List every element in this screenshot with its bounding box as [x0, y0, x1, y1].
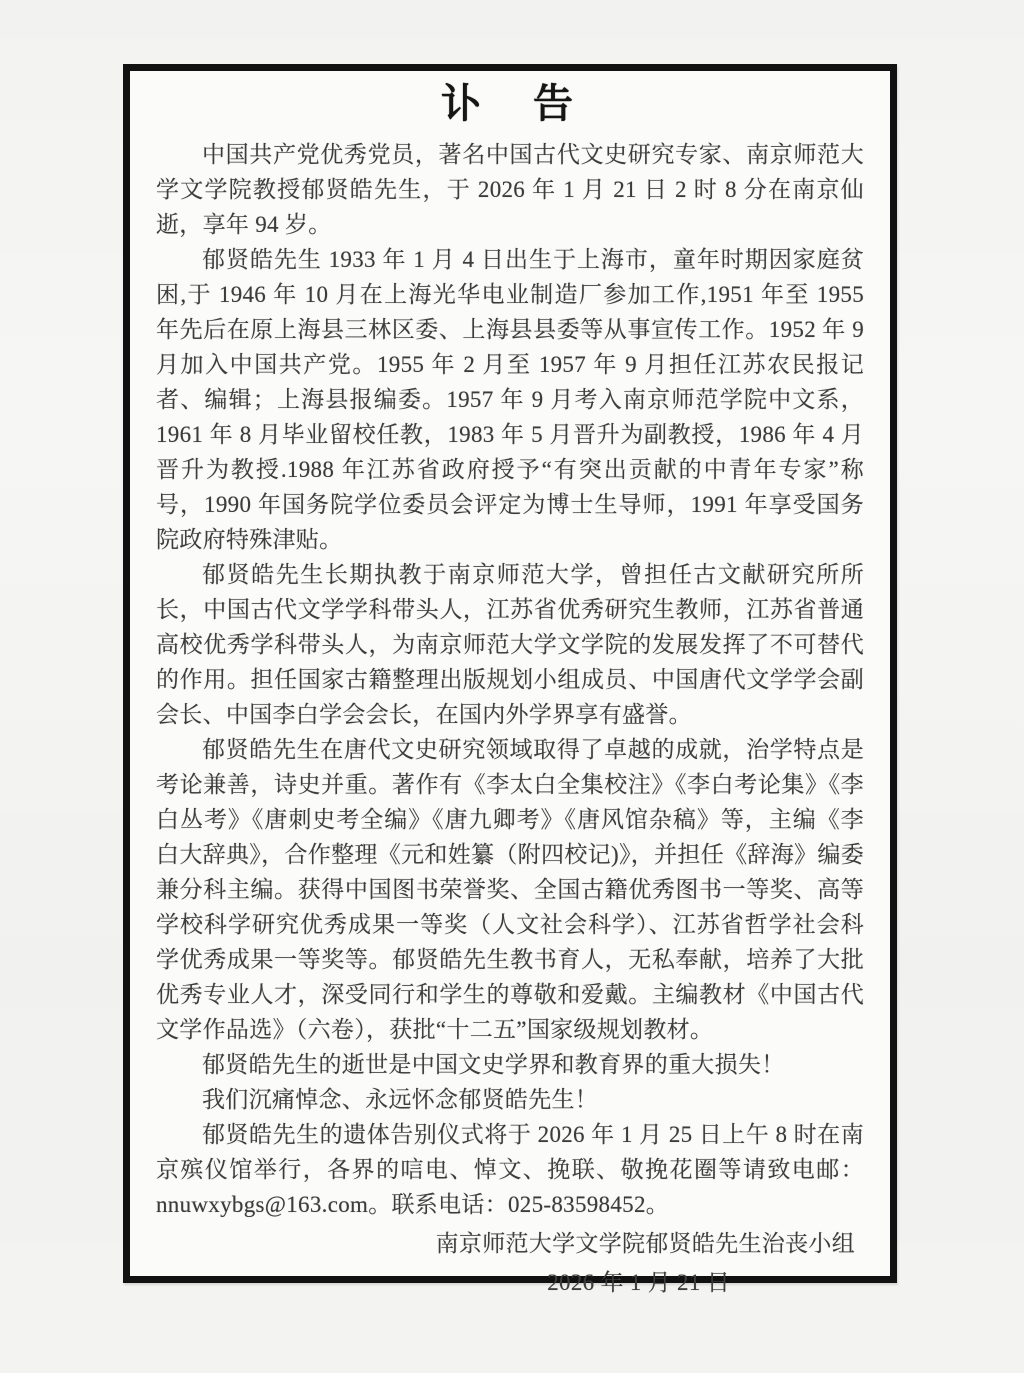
paragraph-mourning-statement: 我们沉痛悼念、永远怀念郁贤皓先生！ [156, 1082, 864, 1117]
paragraph-loss-statement: 郁贤皓先生的逝世是中国文史学界和教育界的重大损失！ [156, 1047, 864, 1082]
paragraph-funeral-arrangements: 郁贤皓先生的遗体告别仪式将于 2026 年 1 月 25 日上午 8 时在南京殡… [156, 1117, 864, 1222]
notice-date: 2026 年 1 月 21 日 [156, 1264, 864, 1301]
paragraph-career-positions: 郁贤皓先生长期执教于南京师范大学，曾担任古文献研究所所长，中国古代文学学科带头人… [156, 557, 864, 732]
obituary-scan-page: { "page": { "background_color": "#f6f6f4… [0, 0, 1024, 1373]
signature-committee: 南京师范大学文学院郁贤皓先生治丧小组 [156, 1225, 864, 1262]
notice-border-box: 讣 告 中国共产党优秀党员，著名中国古代文史研究专家、南京师范大学文学院教授郁贤… [123, 64, 897, 1283]
notice-title: 讣 告 [156, 79, 864, 129]
paragraph-academic-achievements: 郁贤皓先生在唐代文史研究领域取得了卓越的成就，治学特点是考论兼善，诗史并重。著作… [156, 732, 864, 1047]
notice-content: 讣 告 中国共产党优秀党员，著名中国古代文史研究专家、南京师范大学文学院教授郁贤… [130, 71, 890, 1276]
paragraph-biography-early-life: 郁贤皓先生 1933 年 1 月 4 日出生于上海市，童年时期因家庭贫困,于 1… [156, 242, 864, 557]
paragraph-death-announcement: 中国共产党优秀党员，著名中国古代文史研究专家、南京师范大学文学院教授郁贤皓先生，… [156, 137, 864, 242]
